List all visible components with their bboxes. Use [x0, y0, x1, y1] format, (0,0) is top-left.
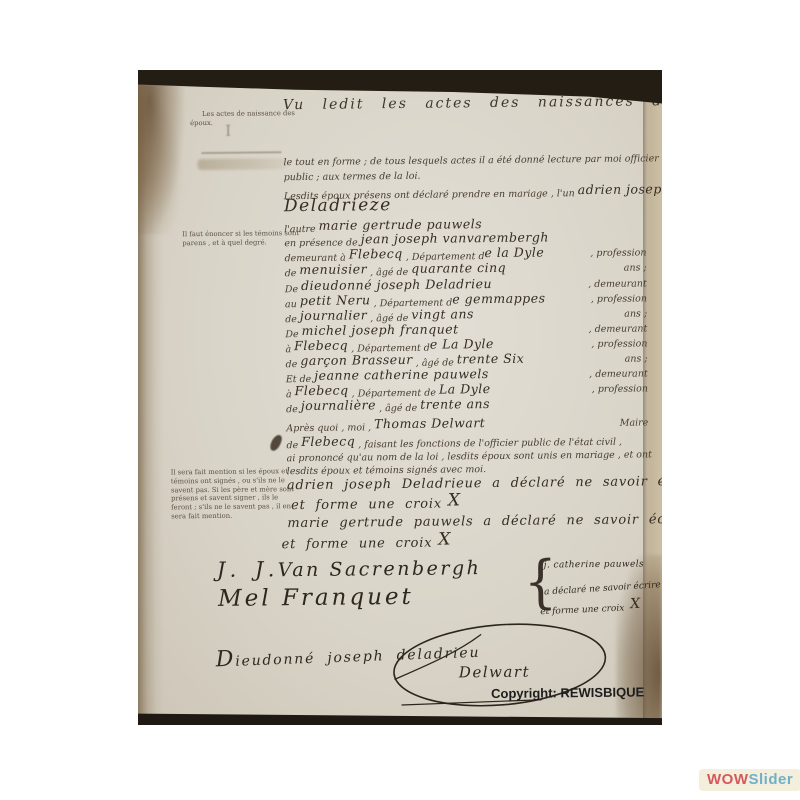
ink-smudge: [268, 433, 283, 452]
wowslider-slider: Slider: [748, 771, 793, 788]
page: { "page": { "background": "#ffffff" }, "…: [0, 0, 800, 800]
printed-right-column: ans ;: [624, 262, 647, 276]
signature-franquet: Mel Franquet: [218, 584, 414, 612]
printed-text: public ; aux termes de la loi.: [284, 171, 421, 183]
doc-line-text: Vu ledit les actes des naissances des ép…: [283, 96, 662, 115]
faded-stamp-smudge: [197, 158, 287, 170]
handwritten-text: garçon Brasseur: [300, 352, 413, 368]
handwritten-text: et forme une croix: [291, 497, 442, 514]
doc-line-text: marie gertrude pauwels a déclaré ne savo…: [287, 516, 662, 533]
handwritten-text: journalière: [301, 397, 376, 413]
handwritten-text: e la Dyle: [484, 244, 544, 260]
handwritten-text: petit Neru: [300, 292, 371, 308]
handwritten-text: journalier: [300, 307, 367, 323]
wowslider-wow: WOW: [707, 771, 748, 788]
handwritten-text: adrien joseph: [578, 181, 662, 197]
printed-text: de: [286, 359, 301, 370]
printed-right-column: , profession: [591, 293, 647, 308]
handwritten-text: et forme une croix: [281, 536, 432, 553]
margin-note-signatures: Il sera fait mention si les époux et tém…: [171, 467, 302, 521]
printed-text: De: [285, 284, 301, 295]
printed-right-column: ans ;: [624, 308, 647, 322]
doc-line: marie gertrude pauwels a déclaré ne savo…: [287, 516, 649, 533]
doc-line: Après quoi , moi , Thomas DelwartMaire: [286, 417, 648, 435]
document-sheet: Les actes de naissance des époux. I Il f…: [138, 70, 662, 725]
printed-text: le tout en forme ; de tous lesquels acte…: [283, 153, 658, 168]
printed-right-column: , demeurant: [589, 323, 648, 338]
register-page-photo: Les actes de naissance des époux. I Il f…: [138, 70, 662, 725]
doc-line: de journalière , âgé de trente ans: [286, 398, 648, 416]
catherine-declaration-line: a déclaré ne savoir écrire: [544, 580, 661, 597]
handwritten-text: marie gertrude pauwels a déclaré ne savo…: [287, 512, 662, 531]
handwritten-text: Thomas Delwart: [374, 415, 485, 431]
printed-text: au: [285, 299, 300, 310]
doc-line-text: public ; aux termes de la loi.: [284, 171, 421, 184]
signature-van-sacrenbergh: Van Sacrenbergh: [278, 557, 482, 581]
signature-delwart: Delwart: [459, 663, 530, 682]
printed-right-column: , profession: [592, 383, 648, 398]
printed-right-column: , profession: [590, 247, 646, 262]
printed-text: Après quoi , moi ,: [286, 422, 374, 434]
doc-line-text: Deladrieze: [284, 201, 392, 217]
doc-line-text: et forme une croixX: [291, 498, 460, 515]
catherine-cross-mark: X: [630, 596, 641, 612]
faded-rule: [201, 151, 281, 154]
handwritten-text: X: [438, 529, 450, 549]
doc-line-text: de journalière , âgé de trente ans: [286, 400, 490, 416]
printed-right-column: , profession: [591, 338, 647, 353]
doc-line: le tout en forme ; de tous lesquels acte…: [283, 153, 645, 169]
handwritten-text: Flebecq: [301, 433, 355, 449]
printed-text: à: [286, 389, 295, 400]
handwritten-text: Flebecq: [295, 383, 349, 399]
handwritten-text: adrien joseph Deladrieue a déclaré ne sa…: [287, 474, 662, 493]
printed-right-column: Maire: [620, 417, 649, 431]
signature-van-initials: J. J.: [217, 557, 281, 582]
handwritten-text: vingt ans: [411, 306, 474, 322]
doc-line-text: le tout en forme ; de tous lesquels acte…: [283, 153, 658, 169]
handwritten-text: trente Six: [457, 351, 525, 367]
wowslider-logo[interactable]: WOWSlider: [699, 769, 800, 791]
doc-line: et forme une croixX: [281, 535, 643, 554]
printed-text: de: [286, 440, 301, 451]
printed-text: à: [285, 344, 294, 355]
handwritten-text: X: [448, 490, 460, 510]
handwritten-text: Deladrieze: [284, 195, 392, 216]
printed-text: , âgé de: [376, 403, 420, 414]
printed-text: de: [285, 268, 300, 279]
doc-line: Vu ledit les actes des naissances des ép…: [283, 97, 645, 115]
doc-line-text: et forme une croixX: [281, 537, 450, 554]
handwritten-text: Flebecq: [349, 246, 403, 262]
doc-line-text: Après quoi , moi , Thomas Delwart: [286, 419, 485, 435]
copyright-watermark: Copyright: REWISBIQUE: [491, 684, 644, 701]
faded-numeral: I: [225, 122, 231, 140]
printed-text: lesdits époux et témoins signés avec moi…: [287, 464, 486, 477]
handwritten-text: La Dyle: [439, 381, 491, 397]
printed-right-column: ans ;: [625, 353, 648, 367]
handwritten-text: michel joseph franquet: [301, 321, 458, 338]
printed-text: de: [285, 314, 300, 325]
handwritten-text: trente ans: [420, 396, 490, 412]
handwritten-text: quarante cinq: [411, 260, 506, 276]
handwritten-text: Flebecq: [294, 338, 348, 354]
printed-text: l'autre: [284, 224, 319, 235]
printed-text: , faisant les fonctions de l'officier pu…: [355, 437, 622, 451]
signature-catherine-name: j. catherine pauwels: [544, 559, 644, 570]
handwritten-text: e La Dyle: [430, 336, 494, 352]
doc-line: adrien joseph Deladrieue a déclaré ne sa…: [287, 478, 649, 495]
doc-line: Deladrieze: [284, 198, 646, 217]
doc-line-text: adrien joseph Deladrieue a déclaré ne sa…: [287, 478, 662, 495]
printed-right-column: , demeurant: [589, 368, 648, 383]
handwritten-text: menuisier: [299, 261, 367, 277]
printed-right-column: , demeurant: [588, 278, 647, 293]
handwritten-text: e gemmappes: [452, 290, 545, 306]
printed-text: de: [286, 404, 301, 415]
